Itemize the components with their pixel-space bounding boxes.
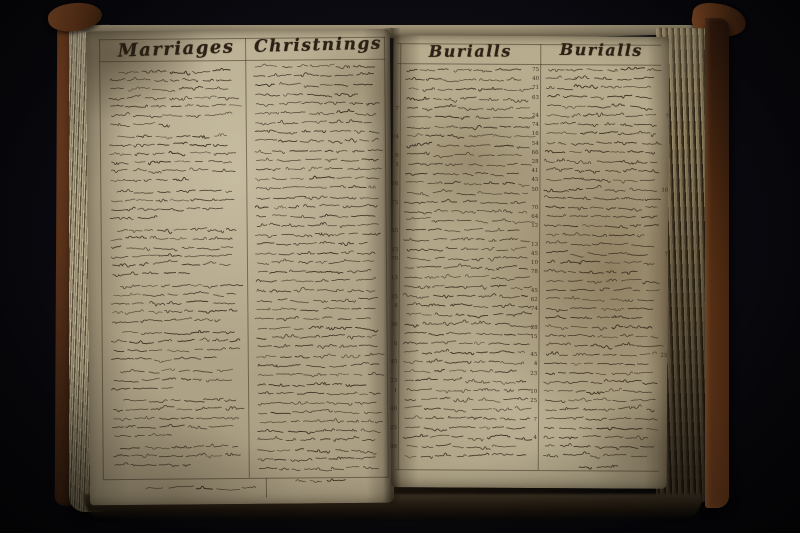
clerk-signature [142,480,260,498]
margin-day-number: 24 [527,113,539,119]
margin-day-number: 74 [526,306,538,312]
margin-day-number: 28 [526,325,538,331]
margin-day-number: 12 [526,223,538,229]
margin-day-number: 54 [527,141,539,147]
ruled-line [99,39,104,479]
margin-day-number: 41 [527,168,539,174]
ruled-line [266,478,267,498]
margin-day-number: 7 [657,114,669,120]
margin-day-number: 23 [525,371,537,377]
marriages-entries-handwriting [108,66,244,475]
right-cover-leather [705,18,729,508]
margin-day-number: 13 [526,242,538,248]
burials-right-column-header: Burialls [545,40,657,61]
margin-day-number: 75 [527,67,539,73]
margin-day-number: 63 [527,95,539,101]
photo-of-parish-register: Marriages Christnings Burialls Burialls … [0,0,800,533]
margin-day-number: 7 [525,417,537,423]
burials-left-entries-handwriting [402,65,534,470]
margin-day-number: 4 [525,361,537,367]
margin-day-number: 74 [527,122,539,128]
margin-day-number: 28 [527,159,539,165]
margin-day-number: 50 [526,187,538,193]
burials-left-column-header: Burialls [411,41,529,61]
margin-day-number: 71 [527,85,539,91]
burials-right-day-numbers: 7540716324741654662841455070641213451078… [525,64,539,468]
burials-right-entries-handwriting [542,64,660,473]
margin-day-number: 45 [526,177,538,183]
margin-day-number: 7 [656,252,668,258]
marriages-column-header: Marriages [116,36,237,61]
christnings-entries-handwriting [252,61,384,478]
margin-day-number: 25 [655,353,667,359]
margin-day-number: 25 [525,398,537,404]
right-page: Burialls Burialls 7249316754523701325430… [391,35,670,489]
gutter-shadow [383,28,401,506]
margin-day-number: 62 [526,297,538,303]
christnings-column-header: Christnings [254,34,376,57]
margin-day-number: 66 [527,150,539,156]
margin-day-number: 10 [656,187,668,193]
ruled-line [245,38,250,478]
margin-day-number: 45 [525,352,537,358]
margin-day-number: 4 [525,435,537,441]
margin-day-number: 15 [526,334,538,340]
margin-day-number: 40 [527,76,539,82]
margin-day-number: 78 [526,269,538,275]
burials-far-right-margin-numbers: 710725 [655,65,669,469]
margin-day-number: 10 [525,389,537,395]
margin-day-number: 70 [526,205,538,211]
left-page: Marriages Christnings [86,29,394,506]
margin-day-number: 64 [526,214,538,220]
margin-day-number: 16 [527,131,539,137]
margin-day-number: 45 [526,288,538,294]
margin-day-number: 45 [526,251,538,257]
margin-day-number: 10 [526,260,538,266]
